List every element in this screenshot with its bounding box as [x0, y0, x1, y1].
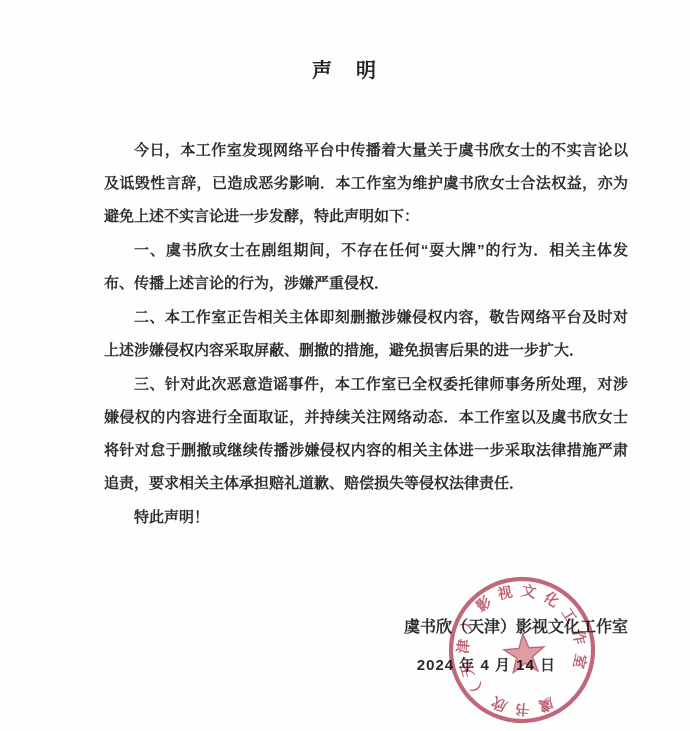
paragraph-item-2: 二、本工作室正告相关主体即刻删撤涉嫌侵权内容，敬告网络平台及时对上述涉嫌侵权内容…	[104, 301, 628, 367]
star-icon	[503, 633, 545, 674]
closing-line: 特此声明！	[104, 501, 628, 534]
statement-document: 声 明 今日，本工作室发现网络平台中传播着大量关于虞书欣女士的不实言论以及诋毁性…	[0, 0, 690, 731]
paragraph-item-1: 一、虞书欣女士在剧组期间，不存在任何“耍大牌”的行为．相关主体发布、传播上述言论…	[104, 234, 628, 300]
paragraph-intro: 今日，本工作室发现网络平台中传播着大量关于虞书欣女士的不实言论以及诋毁性言辞，已…	[104, 134, 628, 233]
page-title: 声 明	[0, 0, 690, 84]
company-seal-stamp: 虞书欣（天津）影视文化工作室	[442, 570, 602, 730]
statement-body: 今日，本工作室发现网络平台中传播着大量关于虞书欣女士的不实言论以及诋毁性言辞，已…	[104, 134, 628, 535]
paragraph-item-3: 三、针对此次恶意造谣事件，本工作室已全权委托律师事务所处理，对涉嫌侵权的内容进行…	[104, 368, 628, 500]
